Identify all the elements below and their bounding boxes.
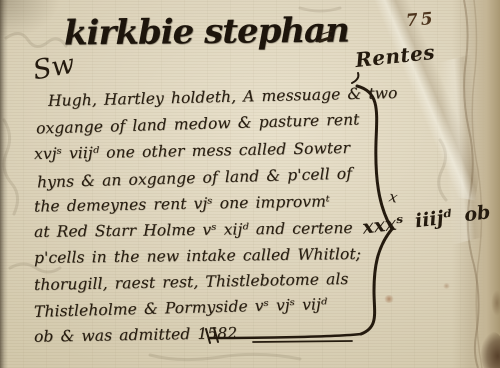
corner-shadow bbox=[0, 0, 60, 40]
page-title: kirkbie stephan bbox=[64, 11, 349, 54]
page-left-shadow-edge bbox=[0, 0, 8, 368]
body-line: ob & was admitted 1582 bbox=[34, 324, 238, 346]
rust-spot bbox=[384, 295, 394, 303]
ink-stain bbox=[491, 290, 500, 316]
folio-number: 75 bbox=[405, 9, 436, 32]
rust-spot bbox=[443, 283, 450, 289]
ink-stain bbox=[481, 332, 500, 368]
manuscript-page: kirkbie stephan 75 Rentes Sw Hugh, Hartl… bbox=[0, 0, 500, 368]
